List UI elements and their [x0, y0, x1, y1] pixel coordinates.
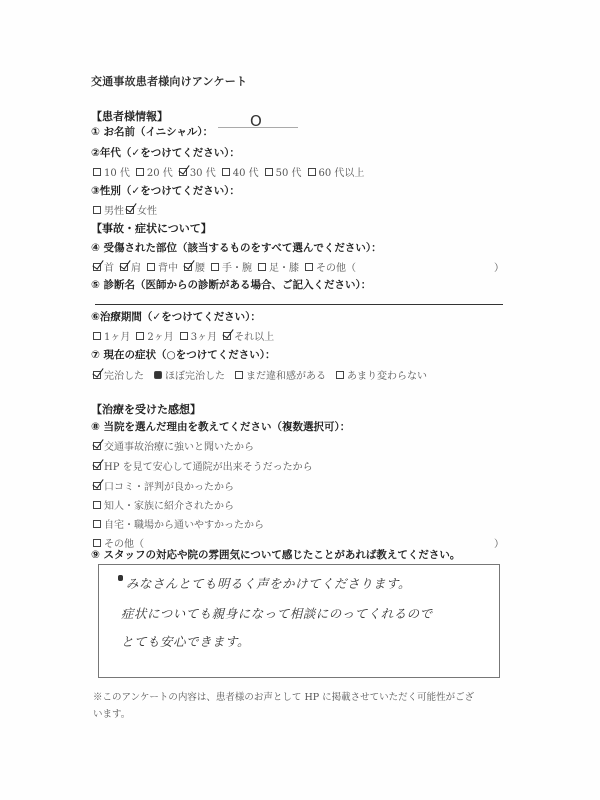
survey-title: 交通事故患者様向けアンケート: [91, 73, 247, 89]
checkbox-icon[interactable]: [93, 332, 101, 340]
age-option-10[interactable]: 10 代: [93, 164, 130, 179]
checkbox-checked-icon[interactable]: [126, 206, 134, 214]
comment-line-3: とても安心できます。: [121, 632, 250, 650]
reason-option-hp[interactable]: HP を見て安心して通院が出来そうだったから: [93, 458, 313, 473]
checkbox-checked-icon[interactable]: [93, 442, 101, 450]
checkbox-icon[interactable]: [305, 263, 313, 271]
age-option-40[interactable]: 40 代: [222, 164, 259, 179]
q2-age-options: 10 代 20 代 30 代 40 代 50 代 60 代以上: [93, 164, 370, 179]
injury-option-leg-knee[interactable]: 足・膝: [258, 259, 299, 274]
reason-other-close: ）: [494, 535, 504, 550]
q6-period-options: 1ヶ月 2ヶ月 3ヶ月 それ以上: [93, 328, 280, 343]
age-option-60plus[interactable]: 60 代以上: [308, 164, 365, 179]
checkbox-icon[interactable]: [136, 332, 144, 340]
symptom-option-discomfort[interactable]: まだ違和感がある: [235, 367, 326, 382]
injury-option-lower-back[interactable]: 腰: [184, 259, 205, 274]
injury-other-close: ）: [494, 259, 504, 274]
checkbox-checked-icon[interactable]: [93, 263, 101, 271]
checkbox-icon[interactable]: [93, 501, 101, 509]
comment-line-2: 症状についても親身になって相談にのってくれるので: [121, 604, 433, 622]
diagnosis-input-line[interactable]: [95, 304, 503, 305]
q4-injury-label: ④ 受傷された部位（該当するものをすべて選んでください）：: [91, 240, 382, 255]
footer-note-line-1: ※このアンケートの内容は、患者様のお声として HP に掲載させていただく可能性が…: [93, 689, 474, 703]
section-patient-info: 【患者様情報】: [91, 108, 168, 124]
name-input-value[interactable]: O: [250, 112, 262, 130]
checkbox-icon[interactable]: [93, 206, 101, 214]
symptom-option-mostly-cured[interactable]: ほぼ完治した: [154, 367, 225, 382]
checkbox-icon[interactable]: [258, 263, 266, 271]
checkbox-checked-icon[interactable]: [120, 263, 128, 271]
q3-gender-label: ③性別（✓をつけてください）：: [91, 183, 240, 198]
period-option-more[interactable]: それ以上: [223, 328, 274, 343]
scribbled-checkbox-icon[interactable]: [154, 371, 162, 379]
checkbox-checked-icon[interactable]: [93, 462, 101, 470]
section-impressions: 【治療を受けた感想】: [91, 401, 201, 417]
period-option-2m[interactable]: 2ヶ月: [136, 328, 173, 343]
checkbox-checked-icon[interactable]: [93, 482, 101, 490]
injury-option-neck[interactable]: 首: [93, 259, 114, 274]
q1-name-label: ① お名前（イニシャル）：: [91, 124, 213, 139]
checkbox-icon[interactable]: [180, 332, 188, 340]
checkbox-icon[interactable]: [222, 168, 230, 176]
checkbox-icon[interactable]: [211, 263, 219, 271]
checkbox-icon[interactable]: [93, 520, 101, 528]
checkbox-checked-icon[interactable]: [223, 332, 231, 340]
checkbox-checked-icon[interactable]: [179, 168, 187, 176]
q7-symptoms-label: ⑦ 現在の症状（○をつけてください）：: [91, 347, 275, 362]
checkbox-checked-icon[interactable]: [93, 371, 101, 379]
checkbox-icon[interactable]: [147, 263, 155, 271]
q4-injury-options: 首 肩 背中 腰 手・腕 足・膝 その他（: [93, 259, 503, 274]
reason-option-access[interactable]: 自宅・職場から通いやすかったから: [93, 516, 264, 531]
checkbox-icon[interactable]: [235, 371, 243, 379]
gender-option-male[interactable]: 男性: [93, 202, 124, 217]
checkbox-icon[interactable]: [336, 371, 344, 379]
age-option-30[interactable]: 30 代: [179, 164, 216, 179]
injury-option-other[interactable]: その他（: [305, 259, 356, 274]
period-option-3m[interactable]: 3ヶ月: [180, 328, 217, 343]
reason-option-reviews[interactable]: 口コミ・評判が良かったから: [93, 478, 234, 493]
q3-gender-options: 男性 女性: [93, 202, 163, 217]
checkbox-icon[interactable]: [136, 168, 144, 176]
footer-note-line-2: います。: [93, 706, 130, 720]
q9-staff-label: ⑨ スタッフの対応や院の雰囲気について感じたことがあれば教えてください。: [91, 547, 460, 562]
injury-option-shoulder[interactable]: 肩: [120, 259, 141, 274]
comment-line-1: みなさんとても明るく声をかけてくださります。: [126, 574, 411, 592]
q7-symptoms-options: 完治した ほぼ完治した まだ違和感がある あまり変わらない: [93, 367, 433, 382]
reason-option-accident-specialty[interactable]: 交通事故治療に強いと聞いたから: [93, 438, 254, 453]
checkbox-icon[interactable]: [308, 168, 316, 176]
symptom-option-unchanged[interactable]: あまり変わらない: [336, 367, 427, 382]
gender-option-female[interactable]: 女性: [126, 202, 157, 217]
age-option-50[interactable]: 50 代: [265, 164, 302, 179]
checkbox-icon[interactable]: [265, 168, 273, 176]
symptom-option-cured[interactable]: 完治した: [93, 367, 144, 382]
q6-period-label: ⑥治療期間（✓をつけてください）：: [91, 309, 261, 324]
injury-option-hand-arm[interactable]: 手・腕: [211, 259, 252, 274]
checkbox-icon[interactable]: [93, 539, 101, 547]
age-option-20[interactable]: 20 代: [136, 164, 173, 179]
bullet-icon: [118, 575, 123, 581]
injury-option-back[interactable]: 背中: [147, 259, 178, 274]
reason-option-referral[interactable]: 知人・家族に紹介されたから: [93, 497, 234, 512]
period-option-1m[interactable]: 1ヶ月: [93, 328, 130, 343]
section-accident: 【事故・症状について】: [91, 220, 212, 236]
checkbox-checked-icon[interactable]: [184, 263, 192, 271]
checkbox-icon[interactable]: [93, 168, 101, 176]
q8-reason-label: ⑧ 当院を選んだ理由を教えてください（複数選択可）：: [91, 419, 350, 434]
q5-diagnosis-label: ⑤ 診断名（医師からの診断がある場合、ご記入ください）：: [91, 277, 371, 292]
q2-age-label: ②年代（✓をつけてください）：: [91, 145, 240, 160]
